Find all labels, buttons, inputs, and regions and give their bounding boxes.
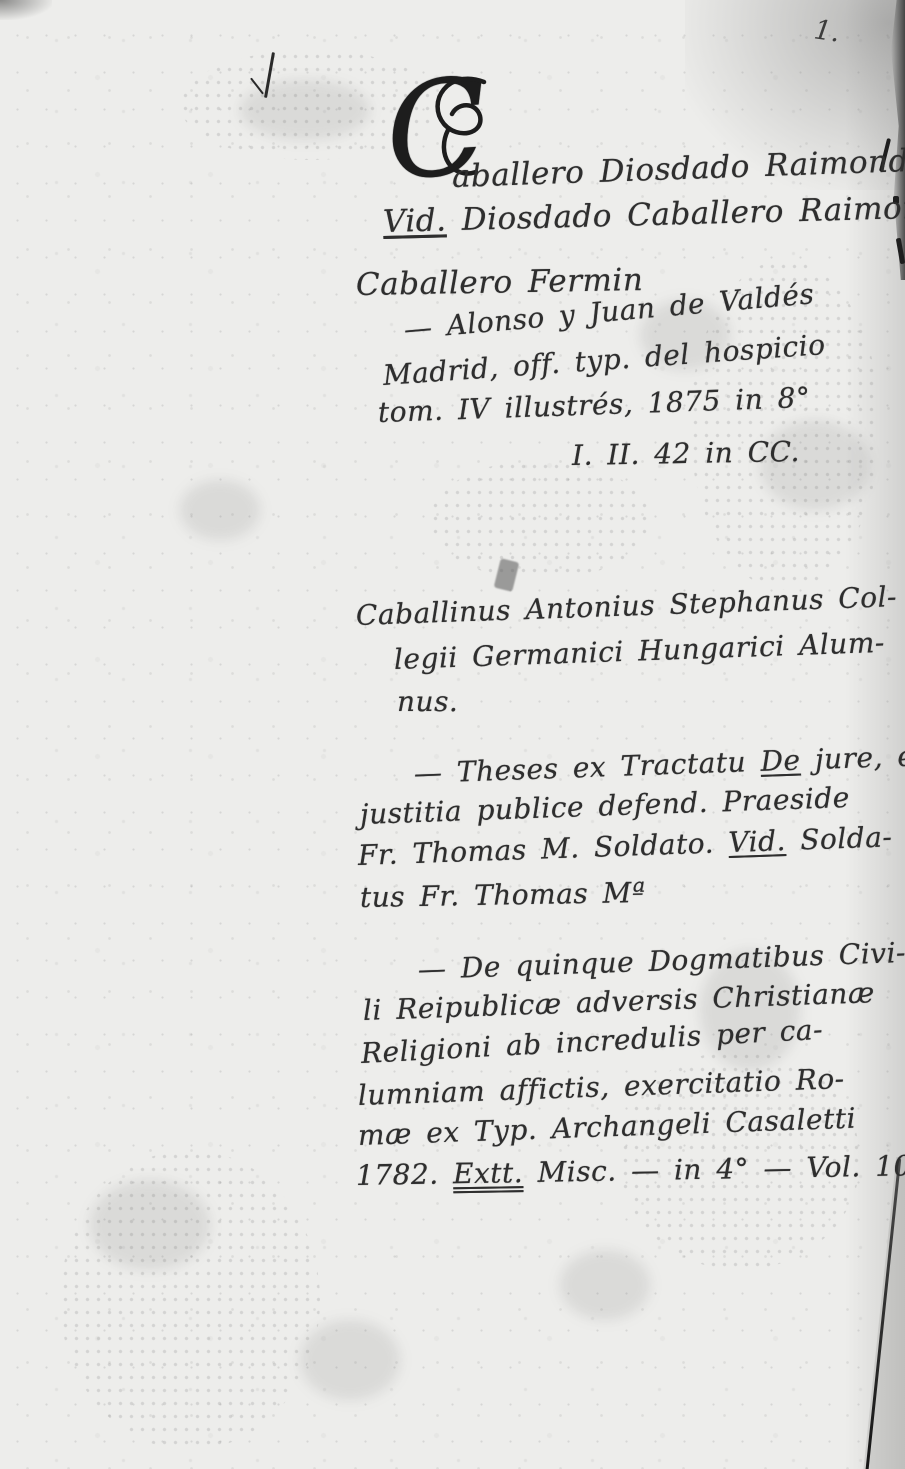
- entry3-line3-text: nus.: [397, 685, 458, 718]
- entry5-line6-pre: 1782.: [356, 1157, 454, 1192]
- extt-abbrev: Extt.: [453, 1156, 524, 1190]
- stain: [180, 480, 260, 540]
- entry4-line1-underlined: De: [760, 744, 801, 778]
- entry5-line6-rest: Misc. — in 4° — Vol. 1031: [523, 1149, 905, 1189]
- entry3-line2-text: legii Germanici Hungarici Alum-: [393, 626, 885, 676]
- entry4-line4-text: tus Fr. Thomas Mª: [360, 876, 646, 914]
- entry2-shelfmark-text: I. II. 42 in CC.: [572, 435, 800, 472]
- entry4-line1-rest: jure, et: [800, 739, 905, 776]
- vid-abbrev: Vid.: [383, 202, 447, 240]
- entry4-line4: tus Fr. Thomas Mª: [360, 877, 646, 914]
- entry4-line3-pre: Fr. Thomas M. Soldato.: [357, 826, 729, 872]
- vid-abbrev: Vid.: [728, 824, 787, 859]
- entry4-line3-rest: Solda-: [785, 820, 893, 857]
- page-number: 1.: [812, 14, 842, 48]
- speckle-cluster: [430, 460, 650, 580]
- entry3-line1-text: Caballinus Antonius Stephanus Col-: [355, 580, 897, 632]
- manuscript-page: 1. C aballero Diosdado Raimondo. Vid. Di…: [0, 0, 905, 1469]
- entry3-line3: nus.: [397, 686, 458, 718]
- entry1-crossref-text: Diosdado Caballero Raimondo.: [446, 189, 905, 239]
- entry2-shelfmark: I. II. 42 in CC.: [572, 436, 800, 472]
- corner-smudge: [0, 0, 52, 20]
- stain: [560, 1250, 650, 1320]
- entry4-line3: Fr. Thomas M. Soldato. Vid. Solda-: [357, 821, 892, 872]
- entry4-line1-pre: — Theses ex Tractatu: [413, 745, 761, 790]
- entry3-line2: legii Germanici Hungarici Alum-: [393, 627, 885, 676]
- entry3-line1: Caballinus Antonius Stephanus Col-: [355, 581, 897, 632]
- speckle-cluster: [60, 1150, 320, 1450]
